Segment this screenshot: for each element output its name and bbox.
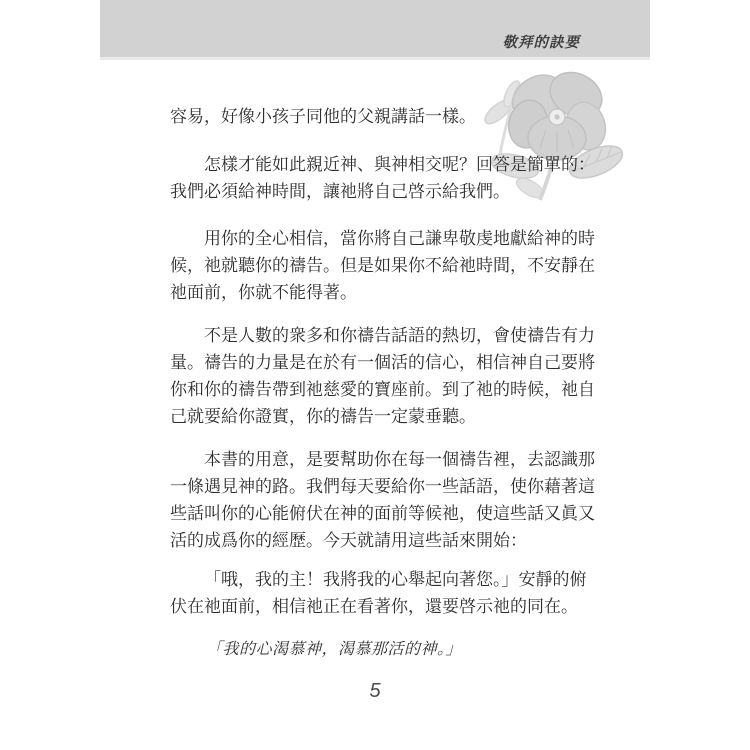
header-bottom-strip (100, 57, 650, 60)
text-line: 己就要給你證實，你的禱告一定蒙垂聽。 (170, 403, 600, 430)
paragraph: 「哦，我的主！我將我的心舉起向著您。」安靜的俯伏在祂面前，相信祂正在看著你，還要… (170, 566, 600, 620)
text-line: 祂面前，你就不能得著。 (170, 279, 600, 306)
text-line: 候，祂就聽你的禱告。但是如果你不給祂時間，不安靜在 (170, 252, 600, 279)
text-line: 怎樣才能如此親近神、與神相交呢？回答是簡單的： (170, 151, 600, 178)
text-line: 本書的用意，是要幫助你在每一個禱告裡，去認識那 (170, 446, 600, 473)
paragraph: 不是人數的衆多和你禱告話語的熱切，會使禱告有力量。禱告的力量是在於有一個活的信心… (170, 322, 600, 430)
text-line: 「我的心渴慕神，渴慕那活的神。」 (170, 638, 600, 662)
paragraph: 容易，好像小孩子同他的父親講話一樣。 (170, 103, 600, 130)
page-header-bar: 敬拜的訣要 (100, 0, 650, 57)
text-line: 伏在祂面前，相信祂正在看著你，還要啓示祂的同在。 (170, 593, 600, 620)
paragraph: 本書的用意，是要幫助你在每一個禱告裡，去認識那一條遇見神的路。我們每天要給你一些… (170, 446, 600, 554)
text-line: 量。禱告的力量是在於有一個活的信心，相信神自己要將 (170, 349, 600, 376)
running-head-title: 敬拜的訣要 (503, 31, 581, 52)
paragraph: 用你的全心相信，當你將自己謙卑敬虔地獻給神的時候，祂就聽你的禱告。但是如果你不給… (170, 225, 600, 306)
text-line: 容易，好像小孩子同他的父親講話一樣。 (170, 103, 600, 130)
page-number: 5 (0, 680, 750, 703)
body-text: 容易，好像小孩子同他的父親講話一樣。怎樣才能如此親近神、與神相交呢？回答是簡單的… (170, 103, 600, 662)
paragraph: 怎樣才能如此親近神、與神相交呢？回答是簡單的：我們必須給神時間，讓祂將自己啓示給… (170, 151, 600, 205)
scripture-quote: 「我的心渴慕神，渴慕那活的神。」 (170, 638, 600, 662)
text-line: 「哦，我的主！我將我的心舉起向著您。」安靜的俯 (170, 566, 600, 593)
text-line: 用你的全心相信，當你將自己謙卑敬虔地獻給神的時 (170, 225, 600, 252)
text-line: 些話叫你的心能俯伏在神的面前等候祂，使這些話又眞又 (170, 500, 600, 527)
text-line: 你和你的禱告帶到祂慈愛的寶座前。到了祂的時候，祂自 (170, 376, 600, 403)
text-line: 一條遇見神的路。我們每天要給你一些話語，使你藉著這 (170, 473, 600, 500)
text-line: 活的成爲你的經歷。今天就請用這些話來開始： (170, 527, 600, 554)
book-page: 敬拜的訣要 (0, 0, 750, 750)
text-line: 我們必須給神時間，讓祂將自己啓示給我們。 (170, 178, 600, 205)
text-line: 不是人數的衆多和你禱告話語的熱切，會使禱告有力 (170, 322, 600, 349)
